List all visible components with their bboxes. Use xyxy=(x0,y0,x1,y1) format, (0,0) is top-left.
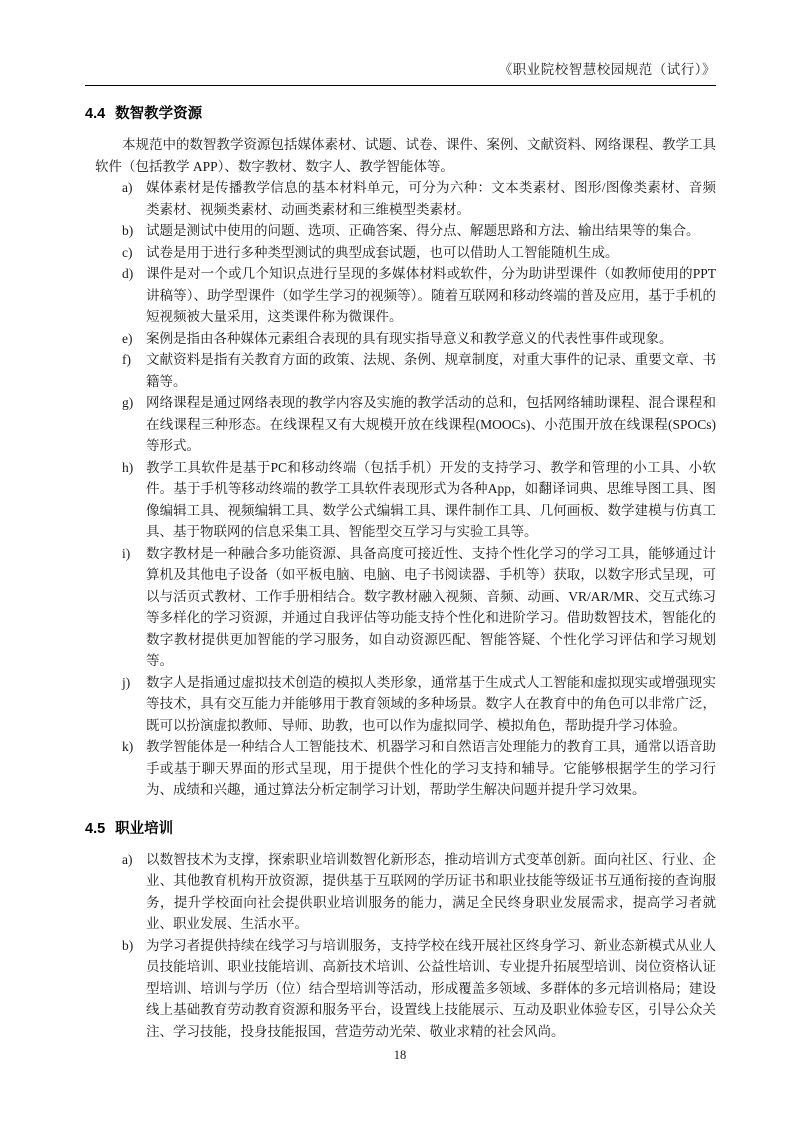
document-page: 《职业院校智慧校园规范（试行）》 4.4数智教学资源 本规范中的数智教学资源包括… xyxy=(0,0,800,1131)
section-title: 数智教学资源 xyxy=(115,106,202,122)
section-4-5: 4.5职业培训 a) 以数智技术为支撑，探索职业培训数智化新形态，推动培训方式变… xyxy=(95,817,716,1043)
list-item: j) 数字人是指通过虚拟技术创造的模拟人类形象，通常基于生成式人工智能和虚拟现实… xyxy=(95,672,716,737)
item-text: 试题是测试中使用的问题、选项、正确答案、得分点、解题思路和方法、输出结果等的集合… xyxy=(146,223,700,238)
item-text: 以数智技术为支撑，探索职业培训数智化新形态，推动培训方式变革创新。面向社区、行业… xyxy=(146,852,716,932)
item-marker: j) xyxy=(122,672,130,694)
page-number: 18 xyxy=(0,1048,800,1063)
item-text: 为学习者提供持续在线学习与培训服务，支持学校在线开展社区终身学习、新业态新模式从… xyxy=(146,938,716,1039)
section-heading: 4.5职业培训 xyxy=(85,817,716,838)
list-item: i) 数字教材是一种融合多功能资源、具备高度可接近性、支持个性化学习的学习工具，… xyxy=(95,543,716,672)
item-marker: e) xyxy=(122,328,133,350)
list-item: b) 试题是测试中使用的问题、选项、正确答案、得分点、解题思路和方法、输出结果等… xyxy=(95,220,716,242)
list-item: g) 网络课程是通过网络表现的教学内容及实施的教学活动的总和，包括网络辅助课程、… xyxy=(95,392,716,457)
item-marker: g) xyxy=(122,392,133,414)
section-title: 职业培训 xyxy=(115,821,173,837)
item-text: 教学工具软件是基于PC和移动终端（包括手机）开发的支持学习、教学和管理的小工具、… xyxy=(146,460,716,540)
list-item: h) 教学工具软件是基于PC和移动终端（包括手机）开发的支持学习、教学和管理的小… xyxy=(95,457,716,543)
item-text: 教学智能体是一种结合人工智能技术、机器学习和自然语言处理能力的教育工具，通常以语… xyxy=(146,739,716,797)
item-text: 课件是对一个或几个知识点进行呈现的多媒体材料或软件，分为助讲型课件（如教师使用的… xyxy=(146,266,716,324)
list-item: b) 为学习者提供持续在线学习与培训服务，支持学校在线开展社区终身学习、新业态新… xyxy=(95,935,716,1043)
item-text: 数字教材是一种融合多功能资源、具备高度可接近性、支持个性化学习的学习工具，能够通… xyxy=(146,546,716,669)
item-marker: b) xyxy=(122,220,133,242)
item-text: 媒体素材是传播教学信息的基本材料单元，可分为六种：文本类素材、图形/图像类素材、… xyxy=(146,180,716,217)
item-text: 案例是指由各种媒体元素组合表现的具有现实指导意义和教学意义的代表性事件或现象。 xyxy=(146,331,673,346)
item-marker: d) xyxy=(122,263,133,285)
list-item: d) 课件是对一个或几个知识点进行呈现的多媒体材料或软件，分为助讲型课件（如教师… xyxy=(95,263,716,328)
header-title: 《职业院校智慧校园规范（试行）》 xyxy=(499,62,716,77)
item-list: a) 媒体素材是传播教学信息的基本材料单元，可分为六种：文本类素材、图形/图像类… xyxy=(95,177,716,801)
item-list: a) 以数智技术为支撑，探索职业培训数智化新形态，推动培训方式变革创新。面向社区… xyxy=(95,849,716,1043)
item-text: 文献资料是指有关教育方面的政策、法规、条例、规章制度，对重大事件的记录、重要文章… xyxy=(146,352,716,389)
item-marker: a) xyxy=(122,177,133,199)
section-4-4: 4.4数智教学资源 本规范中的数智教学资源包括媒体素材、试题、试卷、课件、案例、… xyxy=(95,102,716,801)
item-marker: i) xyxy=(122,543,130,565)
list-item: e) 案例是指由各种媒体元素组合表现的具有现实指导意义和教学意义的代表性事件或现… xyxy=(95,328,716,350)
list-item: a) 以数智技术为支撑，探索职业培训数智化新形态，推动培训方式变革创新。面向社区… xyxy=(95,849,716,935)
section-heading: 4.4数智教学资源 xyxy=(85,102,716,123)
list-item: a) 媒体素材是传播教学信息的基本材料单元，可分为六种：文本类素材、图形/图像类… xyxy=(95,177,716,220)
item-marker: a) xyxy=(122,849,133,871)
page-header: 《职业院校智慧校园规范（试行）》 xyxy=(85,58,716,86)
item-marker: f) xyxy=(122,349,131,371)
item-marker: k) xyxy=(122,736,133,758)
item-marker: h) xyxy=(122,457,133,479)
list-item: k) 教学智能体是一种结合人工智能技术、机器学习和自然语言处理能力的教育工具，通… xyxy=(95,736,716,801)
item-marker: b) xyxy=(122,935,133,957)
item-text: 数字人是指通过虚拟技术创造的模拟人类形象，通常基于生成式人工智能和虚拟现实或增强… xyxy=(146,675,716,733)
section-number: 4.5 xyxy=(85,821,105,837)
list-item: c) 试卷是用于进行多种类型测试的典型成套试题，也可以借助人工智能随机生成。 xyxy=(95,242,716,264)
section-number: 4.4 xyxy=(85,106,105,122)
item-text: 试卷是用于进行多种类型测试的典型成套试题，也可以借助人工智能随机生成。 xyxy=(146,245,619,260)
section-intro-paragraph: 本规范中的数智教学资源包括媒体素材、试题、试卷、课件、案例、文献资料、网络课程、… xyxy=(95,134,716,177)
item-text: 网络课程是通过网络表现的教学内容及实施的教学活动的总和，包括网络辅助课程、混合课… xyxy=(146,395,716,453)
list-item: f) 文献资料是指有关教育方面的政策、法规、条例、规章制度，对重大事件的记录、重… xyxy=(95,349,716,392)
item-marker: c) xyxy=(122,242,133,264)
